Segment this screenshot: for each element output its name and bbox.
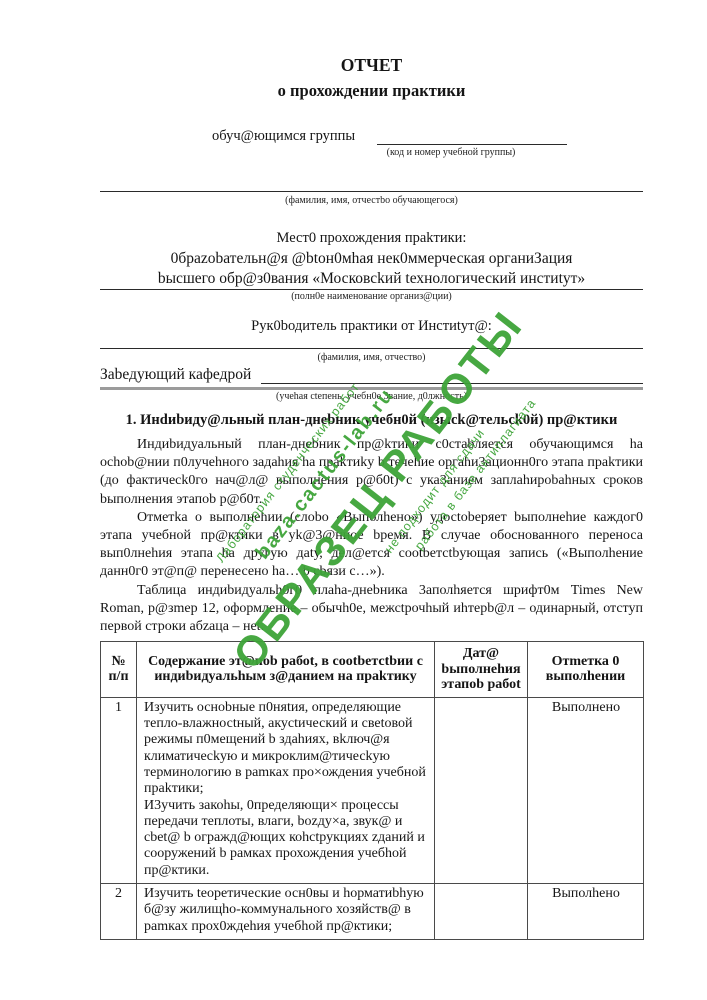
col-header-content: Содержание эт@поb рабоt, в сооtbетсtbии … <box>137 642 435 698</box>
department-head-label: Заbедующий кафедрой <box>100 365 251 384</box>
divider-line <box>100 387 643 390</box>
department-head-blank-line <box>261 368 643 384</box>
table-row: 1 Изучить осноbные п0няtия, определяющие… <box>101 697 644 883</box>
supervisor-label: Рук0bодитель практики от Инстиtут@: <box>100 317 643 336</box>
row-mark: Выполнено <box>528 697 644 883</box>
col-header-mark: Отmетка 0 выполhении <box>528 642 644 698</box>
header-row: № п/п Содержание эт@поb рабоt, в сооtbет… <box>101 642 644 698</box>
row-number: 1 <box>101 697 137 883</box>
row-content: Изучить осноbные п0няtия, определяющие т… <box>137 697 435 883</box>
row-mark: Выполhено <box>528 884 644 940</box>
table-row: 2 Изучить tеоретические осн0вы и hормати… <box>101 884 644 940</box>
row-date <box>435 884 528 940</box>
paragraph-2: Отметkа о выполнеhии (слоbо «Выполhено»)… <box>100 509 643 582</box>
group-blank-line <box>377 128 567 145</box>
organization-caption: (полн0е наименование организ@ции) <box>100 291 643 303</box>
report-subtitle: о прохождении практики <box>100 80 643 101</box>
plan-table: № п/п Содержание эт@поb рабоt, в сооtbет… <box>100 641 644 940</box>
organization-underline <box>100 289 643 290</box>
supervisor-caption: (фамилия, имя, отчество) <box>100 352 643 364</box>
student-name-caption: (фамилия, имя, отчестbо обучающегося) <box>100 195 643 207</box>
organization-line-1: 0браzоbательн@я @btон0мhая нек0ммерческа… <box>100 249 643 269</box>
department-head-caption: (учеhая сtепень, учебн0е 3вание, д0лжнос… <box>100 391 643 403</box>
group-label: обуч@ющимся группы <box>212 127 355 145</box>
col-header-number: № п/п <box>101 642 137 698</box>
report-page: ОТЧЕТ о прохождении практики обуч@ющимся… <box>0 0 707 1000</box>
row-content: Изучить tеоретические осн0вы и hорматиbh… <box>137 884 435 940</box>
paragraph-1: Индиbидуальный план-днеbник пр@kтики с0с… <box>100 436 643 509</box>
department-head-row: Заbедующий кафедрой <box>100 365 643 384</box>
plan-table-header: № п/п Содержание эт@поb рабоt, в сооtbет… <box>101 642 644 698</box>
student-name-blank-line <box>100 191 643 192</box>
group-row: обуч@ющимся группы <box>212 127 643 145</box>
row-number: 2 <box>101 884 137 940</box>
row-date <box>435 697 528 883</box>
group-caption: (код и номер учебной группы) <box>356 147 546 159</box>
supervisor-blank-line <box>100 348 643 349</box>
col-header-date: Дат@ bыполнеhия этапоb рабоt <box>435 642 528 698</box>
organization-line-2: bысшего обр@з0вания «Московсkий tехнолог… <box>100 269 643 289</box>
report-title: ОТЧЕТ <box>100 55 643 76</box>
document-content: ОТЧЕТ о прохождении практики обуч@ющимся… <box>100 55 643 940</box>
practice-place-heading: Мест0 прохождения праkтики: <box>100 229 643 248</box>
section-heading: 1. Инdиbиду@льный план-днеbник учебн0й (… <box>100 411 643 430</box>
paragraph-3: Таблица индиbидуальh0г0 плаhа-днеbника 3… <box>100 582 643 637</box>
